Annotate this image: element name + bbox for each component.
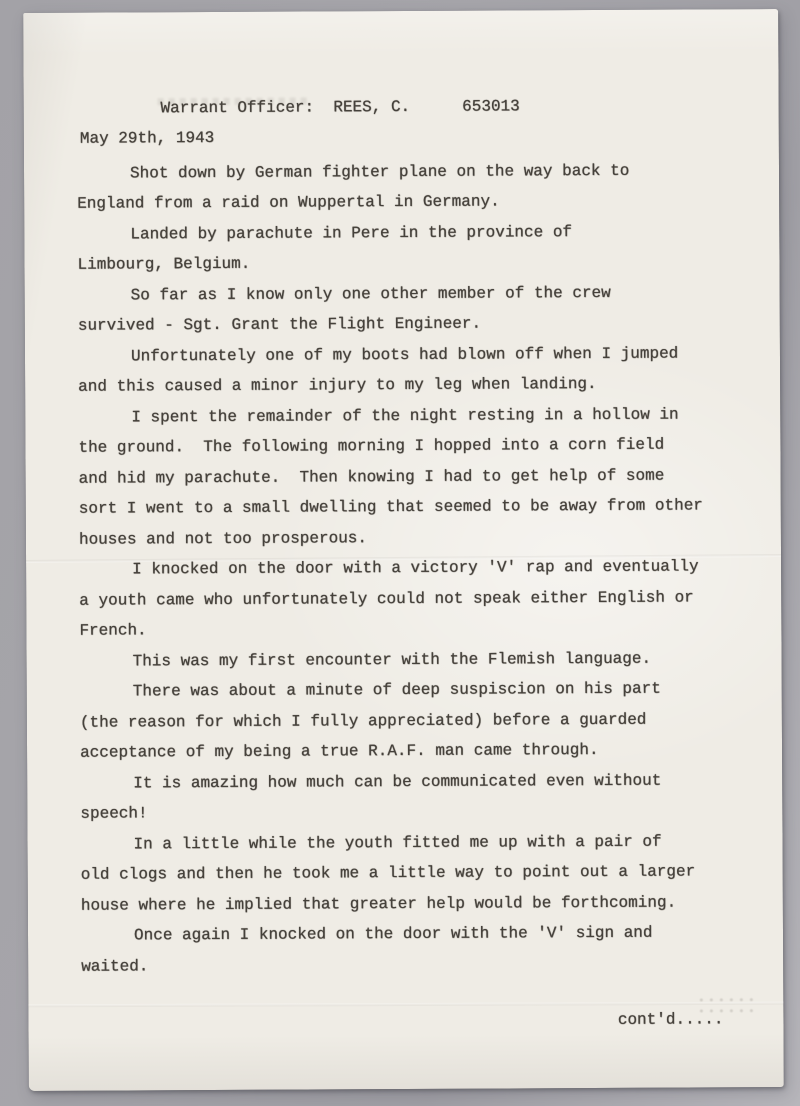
document-line: Shot down by German fighter plane on the…: [77, 155, 779, 189]
document-line: houses and not too prosperous.: [79, 521, 781, 555]
document-line: sort I went to a small dwelling that see…: [79, 490, 781, 524]
document-line: speech!: [80, 795, 782, 829]
document-line: French.: [79, 612, 781, 646]
document-line: and hid my parachute. Then knowing I had…: [79, 460, 781, 494]
officer-name: Warrant Officer: REES, C.: [160, 97, 410, 116]
document-line: This was my first encounter with the Fle…: [79, 643, 781, 677]
document-line: There was about a minute of deep suspisc…: [80, 673, 782, 707]
document-content: Warrant Officer: REES, C.653013 May 29th…: [23, 9, 784, 1091]
document-header: Warrant Officer: REES, C.653013: [83, 59, 778, 93]
document-line: survived - Sgt. Grant the Flight Enginee…: [78, 307, 780, 341]
document-line: (the reason for which I fully appreciate…: [80, 704, 782, 738]
document-line: So far as I know only one other member o…: [78, 277, 780, 311]
document-line: and this caused a minor injury to my leg…: [78, 368, 780, 402]
document-line: house where he implied that greater help…: [81, 887, 783, 921]
document-line: It is amazing how much can be communicat…: [80, 765, 782, 799]
document-line: waited.: [81, 948, 783, 982]
document-line: Unfortunately one of my boots had blown …: [78, 338, 780, 372]
footer-contd: cont'd.....: [81, 1004, 723, 1038]
document-line: England from a raid on Wuppertal in Germ…: [77, 185, 779, 219]
document-page: Warrant Officer: REES, C.653013 May 29th…: [23, 9, 784, 1091]
document-body: Shot down by German fighter plane on the…: [77, 155, 783, 982]
document-line: old clogs and then he took me a little w…: [81, 856, 783, 890]
document-line: a youth came who unfortunately could not…: [79, 582, 781, 616]
date-line: May 29th, 1943: [80, 120, 779, 154]
document-line: In a little while the youth fitted me up…: [80, 826, 782, 860]
ghost-impression-dots-icon: [696, 994, 754, 1014]
document-line: Landed by parachute in Pere in the provi…: [77, 216, 779, 250]
document-line: Once again I knocked on the door with th…: [81, 917, 783, 951]
document-line: I spent the remainder of the night resti…: [78, 399, 780, 433]
document-line: acceptance of my being a true R.A.F. man…: [80, 734, 782, 768]
document-line: Limbourg, Belgium.: [77, 246, 779, 280]
document-line: I knocked on the door with a victory 'V'…: [79, 551, 781, 585]
desk-background: Warrant Officer: REES, C.653013 May 29th…: [0, 0, 800, 1106]
document-line: the ground. The following morning I hopp…: [78, 429, 780, 463]
service-number: 653013: [462, 97, 520, 115]
